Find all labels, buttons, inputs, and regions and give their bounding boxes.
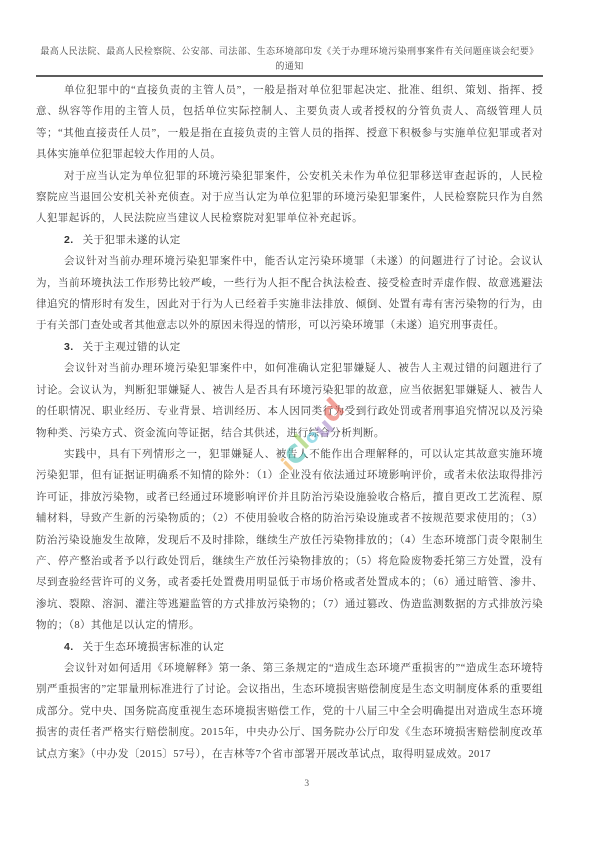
body-paragraph: 单位犯罪中的“直接负责的主管人员”，一般是指对单位犯罪起决定、批准、组织、策划、…	[36, 80, 543, 166]
section-title: 关于生态环境损害标准的认定	[83, 642, 225, 653]
page-number: 3	[10, 779, 594, 789]
body-paragraph: 会议针对当前办理环境污染犯罪案件中，如何准确认定犯罪嫌疑人、被告人主观过错的问题…	[36, 358, 543, 444]
section-heading: 3.关于主观过错的认定	[36, 337, 543, 358]
section-number: 2.	[64, 234, 74, 246]
section-title: 关于主观过错的认定	[83, 342, 181, 353]
body-paragraph: 会议针对当前办理环境污染犯罪案件中，能否认定污染环境罪（未遂）的问题进行了讨论。…	[36, 251, 543, 337]
document-page: 最高人民法院、最高人民检察院、公安部、司法部、生态环境部印发《关于办理环境污染刑…	[0, 0, 594, 842]
page-header: 最高人民法院、最高人民检察院、公安部、司法部、生态环境部印发《关于办理环境污染刑…	[0, 0, 594, 74]
section-heading: 4.关于生态环境损害标准的认定	[36, 637, 543, 658]
section-number: 3.	[64, 341, 74, 353]
body-paragraph: 对于应当认定为单位犯罪的环境污染犯罪案件，公安机关未作为单位犯罪移送审查起诉的，…	[36, 166, 543, 230]
document-body: 单位犯罪中的“直接负责的主管人员”，一般是指对单位犯罪起决定、批准、组织、策划、…	[0, 77, 594, 765]
body-paragraph: 实践中，具有下列情形之一，犯罪嫌疑人、被告人不能作出合理解释的，可以认定其故意实…	[36, 444, 543, 637]
header-title: 最高人民法院、最高人民检察院、公安部、司法部、生态环境部印发《关于办理环境污染刑…	[36, 44, 543, 74]
section-title: 关于犯罪未遂的认定	[83, 235, 181, 246]
section-number: 4.	[64, 641, 74, 653]
section-heading: 2.关于犯罪未遂的认定	[36, 230, 543, 251]
body-paragraph: 会议针对如何适用《环境解释》第一条、第三条规定的“造成生态环境严重损害的”“造成…	[36, 658, 543, 765]
